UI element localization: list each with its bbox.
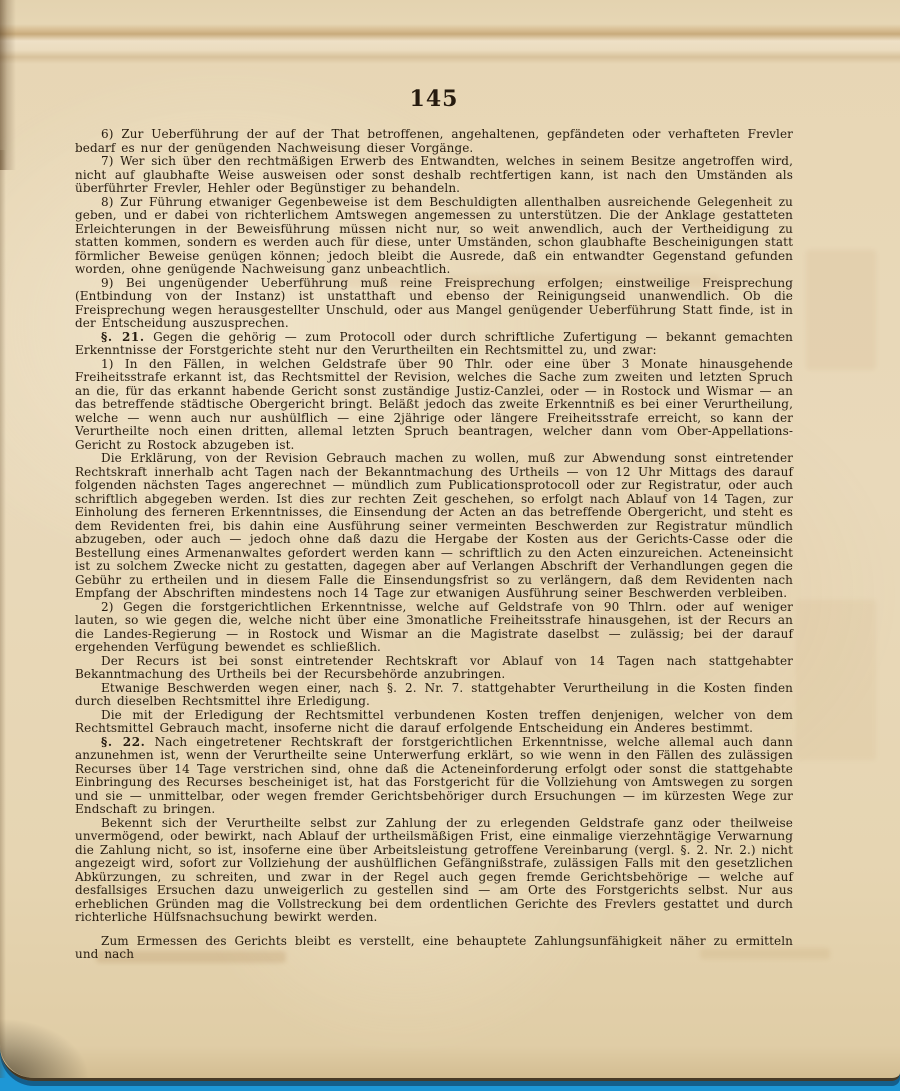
paragraph-text: Etwanige Beschwerden wegen einer, nach §… bbox=[75, 681, 793, 709]
body-paragraph-section-22: §. 22. Nach eingetretener Rechtskraft de… bbox=[75, 736, 793, 817]
body-paragraph: Zum Ermessen des Gerichts bleibt es vers… bbox=[75, 935, 793, 962]
paragraph-text: 2) Gegen die forstgerichtlichen Erkenntn… bbox=[75, 600, 793, 655]
section-22-number: §. 22. bbox=[101, 735, 145, 749]
scanned-page: 145 6) Zur Ueberführung der auf der That… bbox=[0, 0, 900, 1081]
page-spine-shadow bbox=[0, 0, 16, 170]
body-paragraph: Etwanige Beschwerden wegen einer, nach §… bbox=[75, 682, 793, 709]
body-paragraph-section-21: §. 21. Gegen die gehörig — zum Protocoll… bbox=[75, 331, 793, 358]
scan-stage: 145 6) Zur Ueberführung der auf der That… bbox=[0, 0, 900, 1091]
body-paragraph: 7) Wer sich über den rechtmäßigen Erwerb… bbox=[75, 155, 793, 196]
ink-bleedthrough bbox=[796, 600, 876, 760]
paragraph-text: 6) Zur Ueberführung der auf der That bet… bbox=[75, 127, 793, 155]
paragraph-text: 8) Zur Führung etwaniger Gegenbeweise is… bbox=[75, 195, 793, 277]
page-number: 145 bbox=[75, 86, 793, 112]
paragraph-text: Die Erklärung, von der Revision Gebrauch… bbox=[75, 451, 793, 600]
paragraph-text: Nach eingetretener Rechtskraft der forst… bbox=[75, 735, 793, 817]
body-paragraph: Bekennt sich der Verurtheilte selbst zur… bbox=[75, 817, 793, 925]
body-paragraph: Der Recurs ist bei sonst eintretender Re… bbox=[75, 655, 793, 682]
body-paragraph: 9) Bei ungenügender Ueberführung muß rei… bbox=[75, 277, 793, 331]
paragraph-text: 1) In den Fällen, in welchen Geldstrafe … bbox=[75, 357, 793, 452]
paragraph-text: 7) Wer sich über den rechtmäßigen Erwerb… bbox=[75, 154, 793, 195]
body-paragraph: 6) Zur Ueberführung der auf der That bet… bbox=[75, 128, 793, 155]
paragraph-text: Der Recurs ist bei sonst eintretender Re… bbox=[75, 654, 793, 682]
paragraph-text: Zum Ermessen des Gerichts bleibt es vers… bbox=[75, 934, 793, 962]
body-paragraph: 1) In den Fällen, in welchen Geldstrafe … bbox=[75, 358, 793, 453]
paragraph-text: Bekennt sich der Verurtheilte selbst zur… bbox=[75, 816, 793, 925]
paragraph-text: Die mit der Erledigung der Rechtsmittel … bbox=[75, 708, 793, 736]
ink-bleedthrough bbox=[806, 250, 876, 370]
paragraph-text: 9) Bei ungenügender Ueberführung muß rei… bbox=[75, 276, 793, 331]
page-top-edge bbox=[0, 0, 900, 64]
page-left-edge bbox=[0, 150, 6, 1078]
page-content: 145 6) Zur Ueberführung der auf der That… bbox=[75, 86, 793, 962]
paragraph-text: Gegen die gehörig — zum Protocoll oder d… bbox=[75, 330, 793, 358]
section-21-number: §. 21. bbox=[101, 330, 145, 344]
body-paragraph: 8) Zur Führung etwaniger Gegenbeweise is… bbox=[75, 196, 793, 277]
body-paragraph: Die Erklärung, von der Revision Gebrauch… bbox=[75, 452, 793, 601]
page-corner-shadow bbox=[0, 1018, 90, 1078]
body-paragraph: 2) Gegen die forstgerichtlichen Erkenntn… bbox=[75, 601, 793, 655]
body-paragraph: Die mit der Erledigung der Rechtsmittel … bbox=[75, 709, 793, 736]
